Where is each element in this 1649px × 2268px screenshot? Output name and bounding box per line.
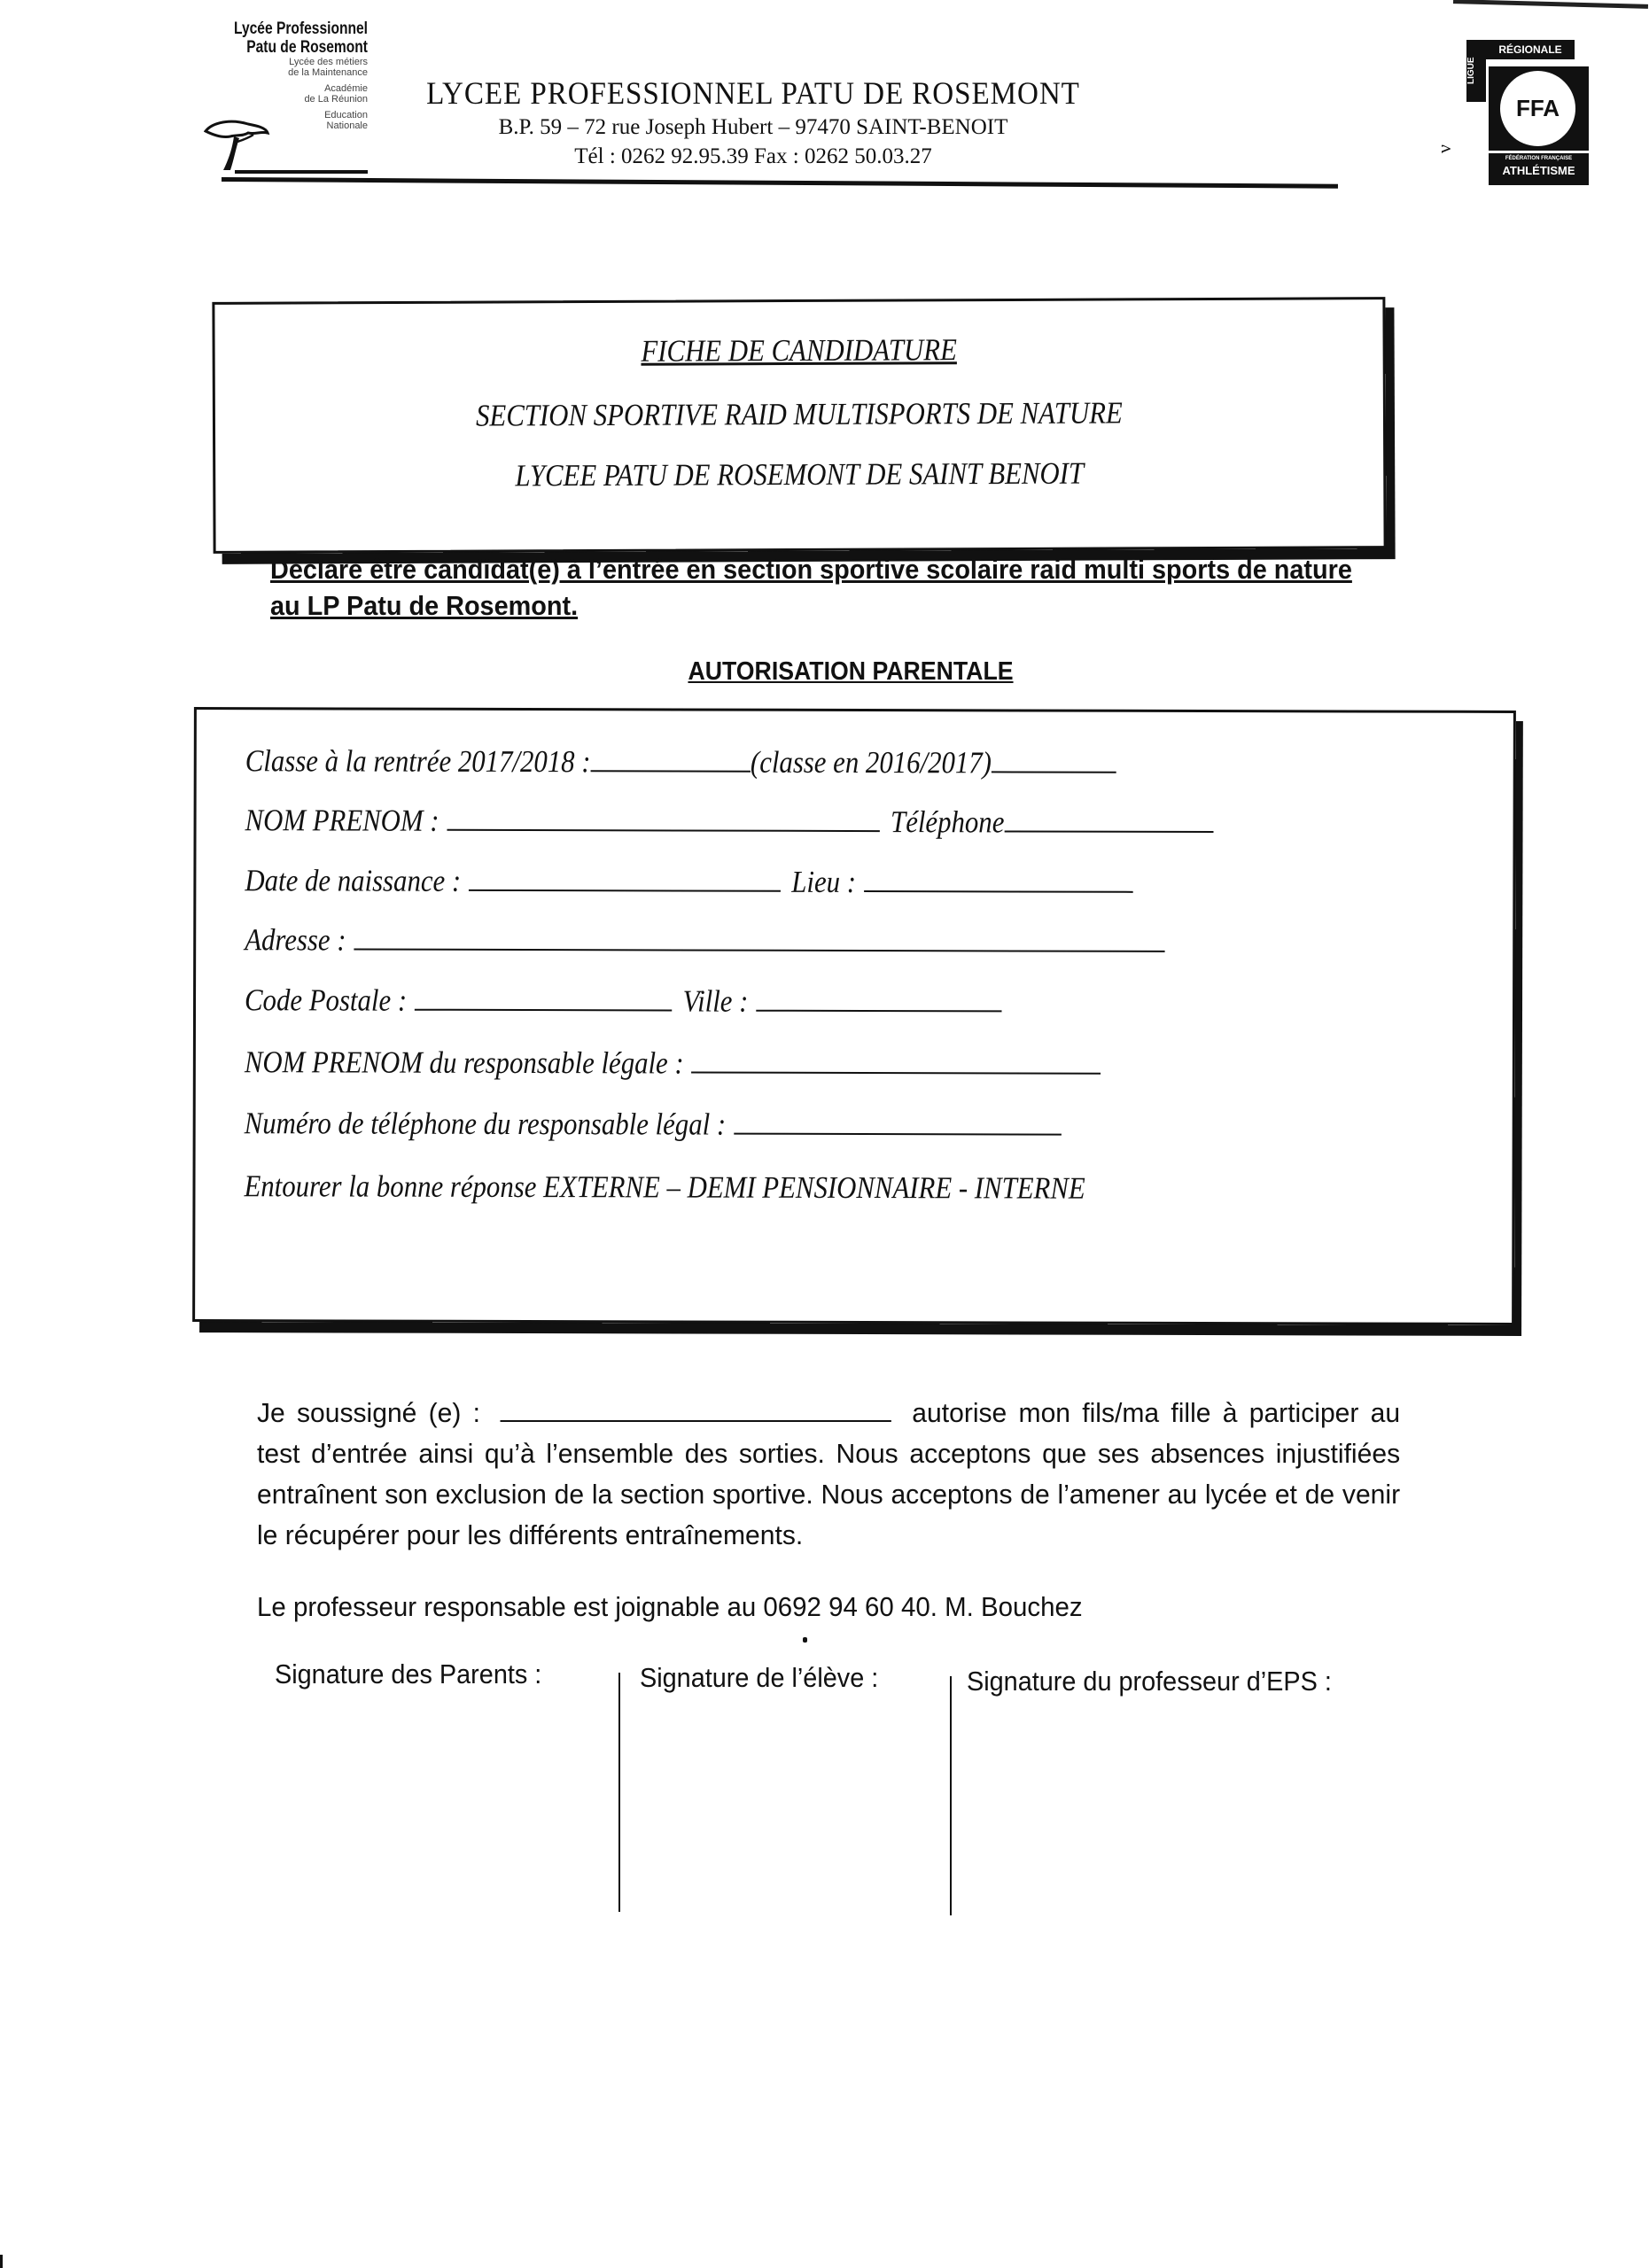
school-address: B.P. 59 – 72 rue Joseph Hubert – 97470 S… [372, 115, 1134, 140]
ffa-regionale-label: RÉGIONALE [1486, 40, 1575, 59]
ffa-athletisme-label: ATHLÉTISME [1502, 164, 1575, 177]
logo-sub4: de La Réunion [168, 94, 368, 105]
signature-student-label: Signature de l’élève : [640, 1662, 878, 1694]
ffa-federation-label: FÉDÉRATION FRANÇAISE [1489, 153, 1589, 164]
ville-input[interactable] [756, 987, 1001, 1013]
top-edge-rule [1453, 0, 1648, 9]
school-contact: Tél : 0262 92.95.39 Fax : 0262 50.03.27 [372, 144, 1134, 169]
lieu-label: Lieu : [791, 865, 856, 899]
adresse-label: Adresse : [245, 922, 346, 957]
school-title: LYCEE PATU DE ROSEMONT DE SAINT BENOIT [285, 454, 1313, 494]
responsable-nom-row: NOM PRENOM du responsable légale : [245, 1045, 1101, 1083]
header-divider [222, 177, 1338, 189]
candidate-info-box: Classe à la rentrée 2017/2018 :(classe e… [192, 707, 1516, 1325]
regime-label: Entourer la bonne réponse [244, 1169, 536, 1204]
logo-rule [235, 170, 368, 174]
naissance-label: Date de naissance : [245, 863, 461, 898]
consent-name-input[interactable] [501, 1399, 891, 1422]
classe-row: Classe à la rentrée 2017/2018 :(classe e… [245, 743, 1116, 781]
signature-teacher-area[interactable] [961, 1710, 1404, 1905]
school-logo: Lycée Professionnel Patu de Rosemont Lyc… [168, 19, 368, 175]
lieu-input[interactable] [864, 867, 1133, 893]
authorization-heading: AUTORISATION PARENTALE [565, 657, 1136, 687]
speck [803, 1637, 807, 1643]
responsable-tel-label: Numéro de téléphone du responsable légal… [245, 1106, 727, 1141]
consent-paragraph: Je soussigné (e) : autorise mon fils/ma … [257, 1393, 1400, 1556]
ville-label: Ville : [683, 983, 749, 1018]
nom-label: NOM PRENOM : [245, 803, 439, 838]
section-title: SECTION SPORTIVE RAID MULTISPORTS DE NAT… [285, 394, 1313, 434]
adresse-row: Adresse : [245, 922, 1164, 960]
naissance-row: Date de naissance :Lieu : [245, 863, 1132, 901]
signature-divider-1 [618, 1673, 620, 1912]
form-title: FICHE DE CANDIDATURE [285, 330, 1313, 370]
ffa-ligue-label: LIGUE [1466, 40, 1486, 102]
nom-input[interactable] [447, 806, 879, 832]
consent-prefix: Je soussigné (e) : [257, 1397, 480, 1428]
responsable-nom-label: NOM PRENOM du responsable légale : [245, 1045, 684, 1080]
signature-parents-area[interactable] [288, 1794, 501, 1909]
regime-options[interactable]: EXTERNE – DEMI PENSIONNAIRE - INTERNE [543, 1169, 1085, 1206]
ffa-athletisme-banner: FÉDÉRATION FRANÇAISE ATHLÉTISME [1489, 153, 1589, 185]
signature-teacher-label: Signature du professeur d’EPS : [967, 1666, 1332, 1697]
responsable-tel-row: Numéro de téléphone du responsable légal… [245, 1106, 1062, 1143]
telephone-label: Téléphone [891, 804, 1004, 839]
nom-row: NOM PRENOM :Téléphone [245, 803, 1214, 841]
naissance-input[interactable] [469, 866, 781, 892]
adresse-input[interactable] [354, 926, 1164, 952]
classe-input[interactable] [591, 747, 751, 772]
responsable-nom-input[interactable] [691, 1049, 1101, 1075]
logo-sub2: de la Maintenance [168, 67, 368, 78]
ffa-mark: FFA [1500, 71, 1575, 146]
title-box: FICHE DE CANDIDATURE SECTION SPORTIVE RA… [212, 297, 1386, 554]
signature-divider-2 [950, 1676, 952, 1915]
signature-parents-label: Signature des Parents : [275, 1658, 541, 1690]
tree-icon [204, 119, 275, 174]
handwritten-mark: ν [1433, 144, 1456, 153]
regime-row: Entourer la bonne réponse EXTERNE – DEMI… [244, 1169, 1085, 1206]
responsable-tel-input[interactable] [734, 1110, 1062, 1136]
classe-prev-input[interactable] [992, 748, 1116, 773]
code-postal-row: Code Postale :Ville : [245, 983, 1002, 1020]
classe-label: Classe à la rentrée 2017/2018 : [245, 743, 591, 779]
code-postal-label: Code Postale : [245, 983, 407, 1017]
code-postal-input[interactable] [415, 986, 672, 1012]
signature-student-area[interactable] [629, 1710, 939, 1905]
logo-sub1: Lycée des métiers [168, 57, 368, 67]
scan-edge-mark [0, 2255, 3, 2268]
candidate-declaration: Déclare être candidat(e) à l’entrée en s… [270, 551, 1374, 624]
telephone-input[interactable] [1004, 807, 1213, 833]
logo-line2: Patu de Rosemont [205, 38, 369, 57]
logo-sub3: Académie [168, 83, 368, 94]
classe-prev-label: (classe en 2016/2017) [751, 745, 992, 781]
logo-line1: Lycée Professionnel [205, 19, 369, 38]
professor-contact: Le professeur responsable est joignable … [257, 1591, 1083, 1623]
ffa-logo: LIGUE RÉGIONALE FFA FÉDÉRATION FRANÇAISE… [1466, 40, 1595, 186]
school-name-heading: LYCEE PROFESSIONNEL PATU DE ROSEMONT [402, 74, 1103, 112]
